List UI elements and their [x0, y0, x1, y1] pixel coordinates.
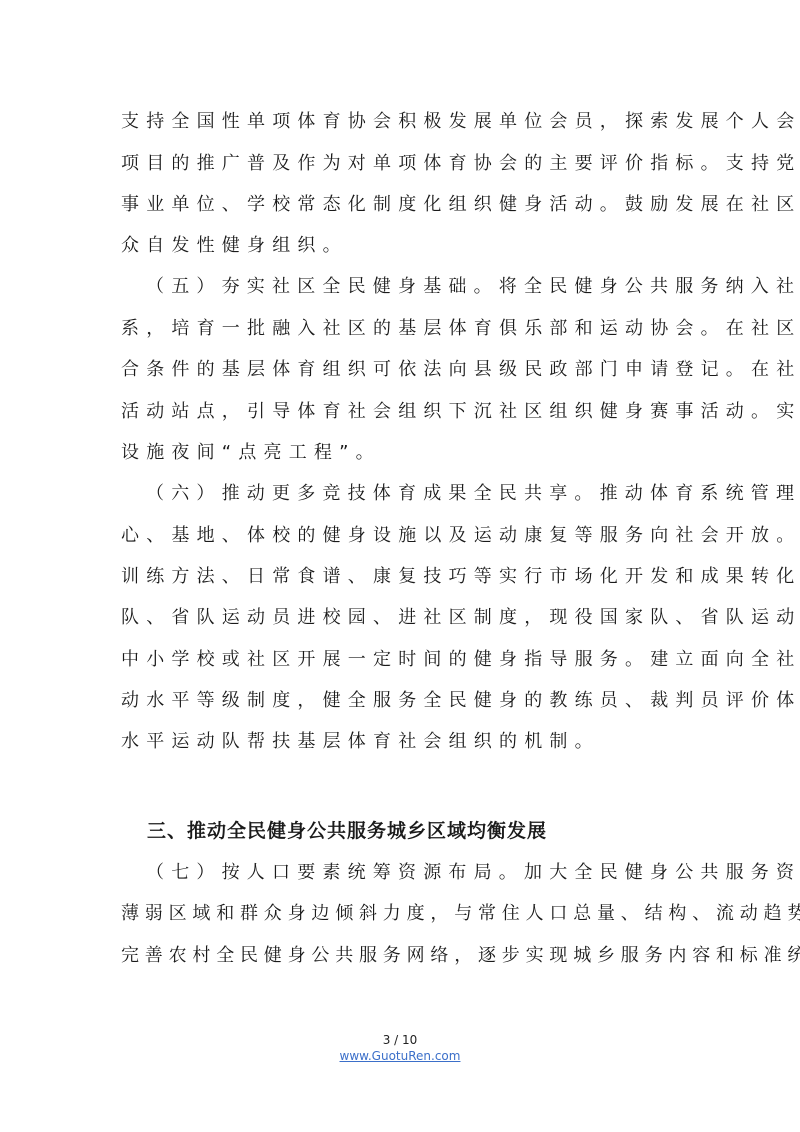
- paragraph-line: 队、省队运动员进校园、进社区制度，现役国家队、省队运动员每年要在: [121, 605, 701, 631]
- site-link[interactable]: www.GuotuRen.com: [0, 1049, 800, 1063]
- paragraph-line: 水平运动队帮扶基层体育社会组织的机制。: [121, 729, 701, 755]
- paragraph-line: 事业单位、学校常态化制度化组织健身活动。鼓励发展在社区内活动的群: [121, 192, 701, 218]
- paragraph-line: （六）推动更多竞技体育成果全民共享。推动体育系统管理的训练中: [146, 481, 726, 507]
- paragraph-line: 合条件的基层体育组织可依法向县级民政部门申请登记。在社区设立健身: [121, 357, 701, 383]
- paragraph-line: 设施夜间“点亮工程”。: [121, 440, 701, 466]
- paragraph-line: 中小学校或社区开展一定时间的健身指导服务。建立面向全社会的体育运: [121, 647, 701, 673]
- paragraph-line: 活动站点，引导体育社会组织下沉社区组织健身赛事活动。实施社区健身: [121, 399, 701, 425]
- paragraph-line: 众自发性健身组织。: [121, 233, 701, 259]
- paragraph-line: 项目的推广普及作为对单项体育协会的主要评价指标。支持党政机关、企: [121, 151, 701, 177]
- paragraph-line: 动水平等级制度，健全服务全民健身的教练员、裁判员评价体系。建立高: [121, 688, 701, 714]
- paragraph-line: 心、基地、体校的健身设施以及运动康复等服务向社会开放。促进国家队: [121, 523, 701, 549]
- paragraph-line: 支持全国性单项体育协会积极发展单位会员，探索发展个人会员。将运动: [121, 109, 701, 135]
- paragraph-line: （七）按人口要素统筹资源布局。加大全民健身公共服务资源向基础: [146, 860, 726, 886]
- paragraph-line: 薄弱区域和群众身边倾斜力度，与常住人口总量、结构、流动趋势相衔接。: [121, 901, 701, 927]
- paragraph-line: 完善农村全民健身公共服务网络，逐步实现城乡服务内容和标准统一衔接。: [121, 943, 701, 969]
- paragraph-line: （五）夯实社区全民健身基础。将全民健身公共服务纳入社区服务体: [146, 274, 726, 300]
- paragraph-line: 训练方法、日常食谱、康复技巧等实行市场化开发和成果转化。建立国家: [121, 564, 701, 590]
- section-heading: 三、推动全民健身公共服务城乡区域均衡发展: [147, 818, 547, 844]
- page-number: 3 / 10: [0, 1033, 800, 1047]
- paragraph-line: 系，培育一批融入社区的基层体育俱乐部和运动协会。在社区内活动的符: [121, 316, 701, 342]
- document-page: 支持全国性单项体育协会积极发展单位会员，探索发展个人会员。将运动 项目的推广普及…: [0, 0, 800, 1132]
